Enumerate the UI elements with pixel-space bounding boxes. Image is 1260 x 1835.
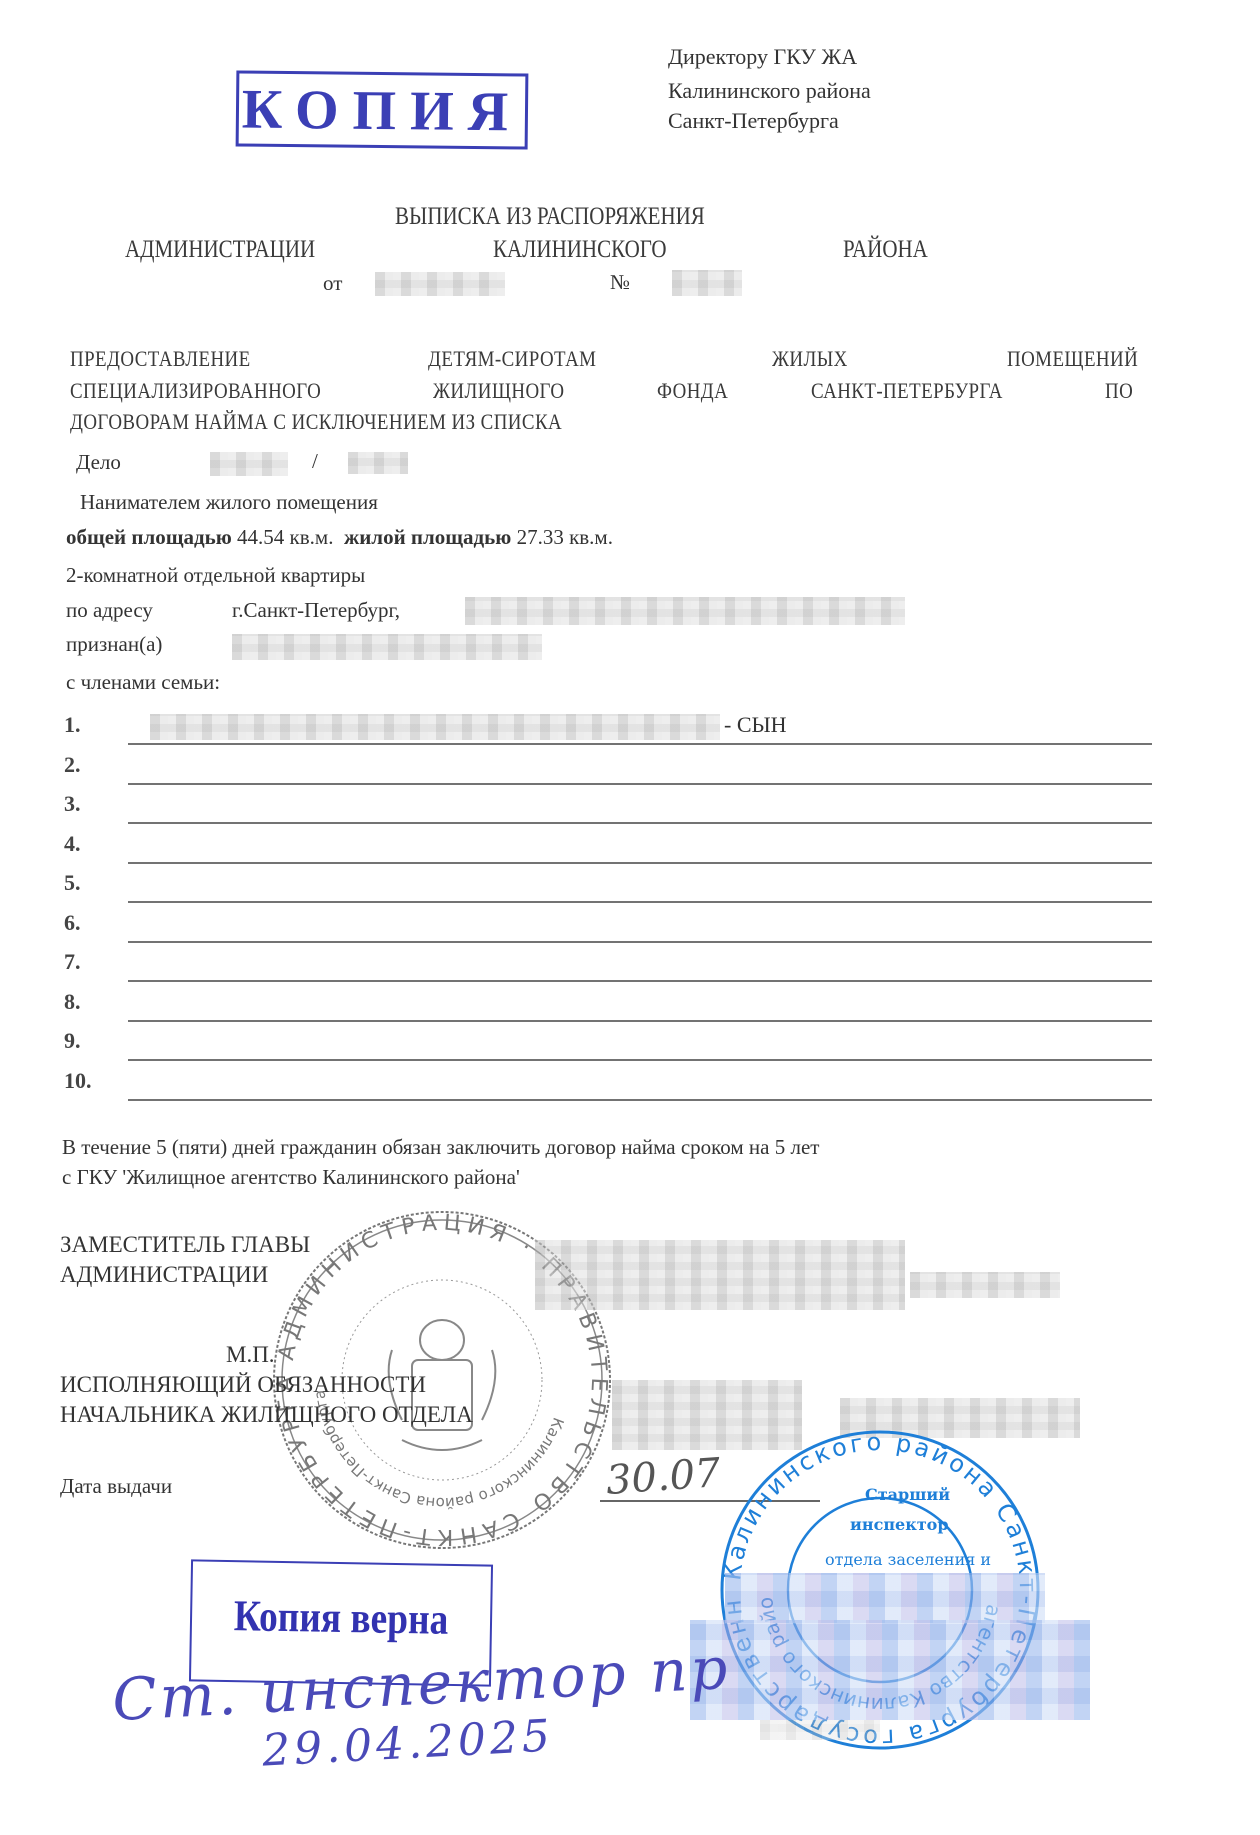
subject-line-2: СПЕЦИАЛИЗИРОВАННОГО ЖИЛИЩНОГО ФОНДА САНК… bbox=[70, 378, 1130, 404]
family-member-relation: - СЫН bbox=[724, 712, 787, 738]
address-street-redacted bbox=[465, 597, 905, 625]
certified-copy-stamp-text: Копия верна bbox=[214, 1590, 468, 1645]
family-member-line bbox=[128, 822, 1152, 824]
subject-line-1: ПРЕДОСТАВЛЕНИЕ ДЕТЯМ-СИРОТАМ ЖИЛЫХ ПОМЕЩ… bbox=[70, 346, 1130, 372]
seal-blue-redacted-top bbox=[725, 1573, 1045, 1623]
deputy-signature-redacted bbox=[535, 1240, 905, 1310]
family-member-line bbox=[128, 1059, 1152, 1061]
family-member-name-redacted bbox=[150, 714, 720, 740]
family-member-number: 1. bbox=[64, 712, 81, 738]
subject-word: ЖИЛИЩНОГО bbox=[433, 378, 565, 404]
obligation-line-1: В течение 5 (пяти) дней гражданин обязан… bbox=[62, 1135, 819, 1160]
order-date-label: от bbox=[323, 271, 342, 296]
family-member-number: 8. bbox=[64, 989, 81, 1015]
seal-blue-center-1: Старший bbox=[865, 1485, 950, 1504]
subject-word: САНКТ-ПЕТЕРБУРГА bbox=[811, 378, 1003, 404]
obligation-line-2: с ГКУ 'Жилищное агентство Калининского р… bbox=[62, 1165, 520, 1190]
subject-line-3: ДОГОВОРАМ НАЙМА С ИСКЛЮЧЕНИЕМ ИЗ СПИСКА bbox=[70, 409, 562, 435]
case-separator: / bbox=[312, 449, 318, 474]
case-number-part1-redacted bbox=[210, 452, 288, 476]
heading-word-kalininsky: КАЛИНИНСКОГО bbox=[493, 236, 667, 264]
seal-blue-center-2: инспектор bbox=[850, 1515, 949, 1534]
subject-word: СПЕЦИАЛИЗИРОВАННОГО bbox=[70, 378, 321, 404]
subject-word: ДЕТЯМ-СИРОТАМ bbox=[428, 346, 596, 372]
addressee-line-1: Директору ГКУ ЖА bbox=[668, 44, 857, 70]
area-living-label: жилой площадью bbox=[344, 525, 511, 549]
subject-word: ПОМЕЩЕНИЙ bbox=[1007, 346, 1138, 372]
apartment-type: 2-комнатной отдельной квартиры bbox=[66, 563, 365, 588]
family-member-number: 7. bbox=[64, 949, 81, 975]
family-member-line bbox=[128, 1020, 1152, 1022]
order-date-redacted bbox=[375, 272, 505, 296]
case-number-part2-redacted bbox=[348, 452, 408, 474]
area-total-label: общей площадью bbox=[66, 525, 232, 549]
family-member-number: 3. bbox=[64, 791, 81, 817]
family-member-line bbox=[128, 743, 1152, 745]
family-member-line bbox=[128, 1099, 1152, 1101]
deputy-title-line-1: ЗАМЕСТИТЕЛЬ ГЛАВЫ bbox=[60, 1232, 310, 1258]
family-member-number: 6. bbox=[64, 910, 81, 936]
certifier-signature-redacted-tail bbox=[760, 1720, 880, 1740]
heading-word-administration: АДМИНИСТРАЦИИ bbox=[125, 236, 315, 264]
area-living-value: 27.33 bbox=[517, 525, 564, 549]
family-member-line bbox=[128, 980, 1152, 982]
family-member-line bbox=[128, 862, 1152, 864]
subject-word: ЖИЛЫХ bbox=[772, 346, 848, 372]
copy-stamp: КОПИЯ bbox=[236, 70, 529, 149]
address-city: г.Санкт-Петербург, bbox=[232, 598, 400, 623]
family-member-number: 4. bbox=[64, 831, 81, 857]
subject-word: ПРЕДОСТАВЛЕНИЕ bbox=[70, 346, 251, 372]
recognized-label: признан(а) bbox=[66, 632, 162, 657]
family-member-line bbox=[128, 783, 1152, 785]
area-line: общей площадью 44.54 кв.м. жилой площадь… bbox=[66, 525, 613, 550]
subject-word: ФОНДА bbox=[657, 378, 728, 404]
heading-word-district: РАЙОНА bbox=[843, 236, 928, 264]
address-label: по адресу bbox=[66, 598, 153, 623]
family-member-number: 9. bbox=[64, 1028, 81, 1054]
deputy-name-redacted bbox=[910, 1272, 1060, 1298]
issue-date-label: Дата выдачи bbox=[60, 1474, 172, 1499]
heading-title: ВЫПИСКА ИЗ РАСПОРЯЖЕНИЯ bbox=[395, 203, 705, 231]
order-number-redacted bbox=[672, 270, 742, 296]
family-member-number: 10. bbox=[64, 1068, 92, 1094]
deputy-title-line-2: АДМИНИСТРАЦИИ bbox=[60, 1262, 268, 1288]
family-label: с членами семьи: bbox=[66, 670, 220, 695]
family-member-number: 2. bbox=[64, 752, 81, 778]
family-member-number: 5. bbox=[64, 870, 81, 896]
subject-word: ПО bbox=[1105, 378, 1133, 404]
case-label: Дело bbox=[76, 450, 121, 475]
issue-date-handwritten: 30.07 bbox=[605, 1450, 722, 1504]
area-living-unit: кв.м. bbox=[569, 525, 613, 549]
seal-place-label: М.П. bbox=[226, 1342, 275, 1368]
addressee-line-3: Санкт-Петербурга bbox=[668, 108, 839, 134]
tenant-line: Нанимателем жилого помещения bbox=[80, 490, 378, 515]
area-total-unit: кв.м. bbox=[290, 525, 334, 549]
acting-title-line-2: НАЧАЛЬНИКА ЖИЛИЩНОГО ОТДЕЛА bbox=[60, 1402, 473, 1428]
addressee-line-2: Калининского района bbox=[668, 78, 871, 104]
acting-title-line-1: ИСПОЛНЯЮЩИЙ ОБЯЗАННОСТИ bbox=[60, 1372, 426, 1398]
family-member-line bbox=[128, 941, 1152, 943]
area-total-value: 44.54 bbox=[237, 525, 284, 549]
family-member-line bbox=[128, 901, 1152, 903]
copy-stamp-text: КОПИЯ bbox=[239, 78, 526, 145]
certifier-signature-redacted bbox=[690, 1620, 1090, 1720]
seal-blue-center-3: отдела заселения и bbox=[825, 1550, 991, 1569]
order-number-label: № bbox=[610, 270, 630, 295]
recognized-person-redacted bbox=[232, 634, 542, 660]
